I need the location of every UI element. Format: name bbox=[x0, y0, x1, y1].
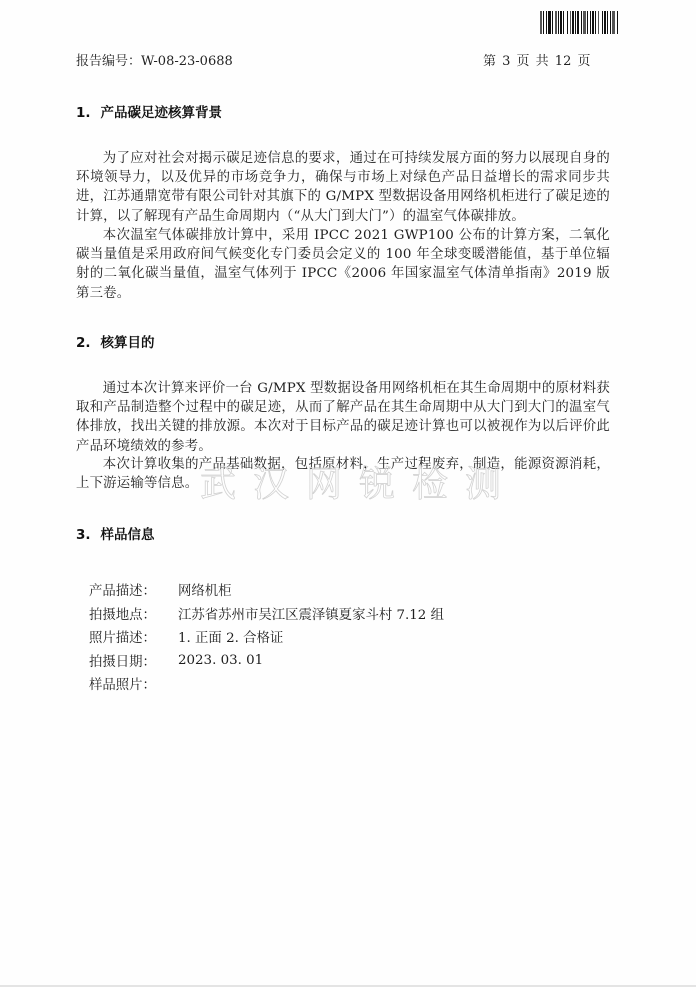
paragraph: 本次计算收集的产品基础数据，包括原材料，生产过程废弃，制造，能源资源消耗，上下游… bbox=[76, 455, 610, 493]
paragraph: 为了应对社会对揭示碳足迹信息的要求，通过在可持续发展方面的努力以展现自身的环境领… bbox=[76, 149, 610, 226]
section-number: 2. bbox=[76, 335, 91, 351]
field-label: 产品描述： bbox=[89, 580, 178, 599]
info-row-product: 产品描述： 网络机柜 bbox=[89, 578, 444, 602]
info-row-sample-photo: 样品照片： bbox=[89, 672, 444, 696]
section-heading: 核算目的 bbox=[101, 335, 155, 351]
field-value: 2023. 03. 01 bbox=[178, 653, 263, 668]
section-number: 3. bbox=[76, 527, 91, 543]
section-title-purpose: 2.核算目的 bbox=[76, 331, 155, 351]
section-heading: 样品信息 bbox=[101, 527, 155, 543]
field-value: 网络机柜 bbox=[178, 580, 232, 599]
field-label: 照片描述： bbox=[89, 627, 178, 646]
field-value: 江苏省苏州市吴江区震泽镇夏家斗村 7.12 组 bbox=[178, 604, 444, 623]
barcode-icon bbox=[540, 11, 668, 34]
sample-info-table: 产品描述： 网络机柜 拍摄地点： 江苏省苏州市吴江区震泽镇夏家斗村 7.12 组… bbox=[89, 578, 444, 696]
field-label: 拍摄地点： bbox=[89, 604, 178, 623]
section-number: 1. bbox=[76, 105, 91, 121]
page-number: 第 3 页 共 12 页 bbox=[483, 50, 590, 69]
section-title-sample-info: 3.样品信息 bbox=[76, 523, 155, 543]
info-row-date: 拍摄日期： 2023. 03. 01 bbox=[89, 649, 444, 673]
section-title-background: 1.产品碳足迹核算背景 bbox=[76, 101, 222, 121]
info-row-photo-desc: 照片描述： 1. 正面 2. 合格证 bbox=[89, 625, 444, 649]
paragraph: 通过本次计算来评价一台 G/MPX 型数据设备用网络机柜在其生命周期中的原材料获… bbox=[76, 379, 610, 456]
info-row-location: 拍摄地点： 江苏省苏州市吴江区震泽镇夏家斗村 7.12 组 bbox=[89, 602, 444, 626]
field-value: 1. 正面 2. 合格证 bbox=[178, 627, 283, 646]
field-label: 样品照片： bbox=[89, 674, 178, 693]
section-heading: 产品碳足迹核算背景 bbox=[101, 105, 223, 121]
report-number: 报告编号：W-08-23-0688 bbox=[76, 50, 233, 69]
field-label: 拍摄日期： bbox=[89, 651, 178, 670]
document-page: 报告编号：W-08-23-0688 第 3 页 共 12 页 1.产品碳足迹核算… bbox=[0, 0, 696, 987]
paragraph: 本次温室气体碳排放计算中，采用 IPCC 2021 GWP100 公布的计算方案… bbox=[76, 226, 610, 303]
